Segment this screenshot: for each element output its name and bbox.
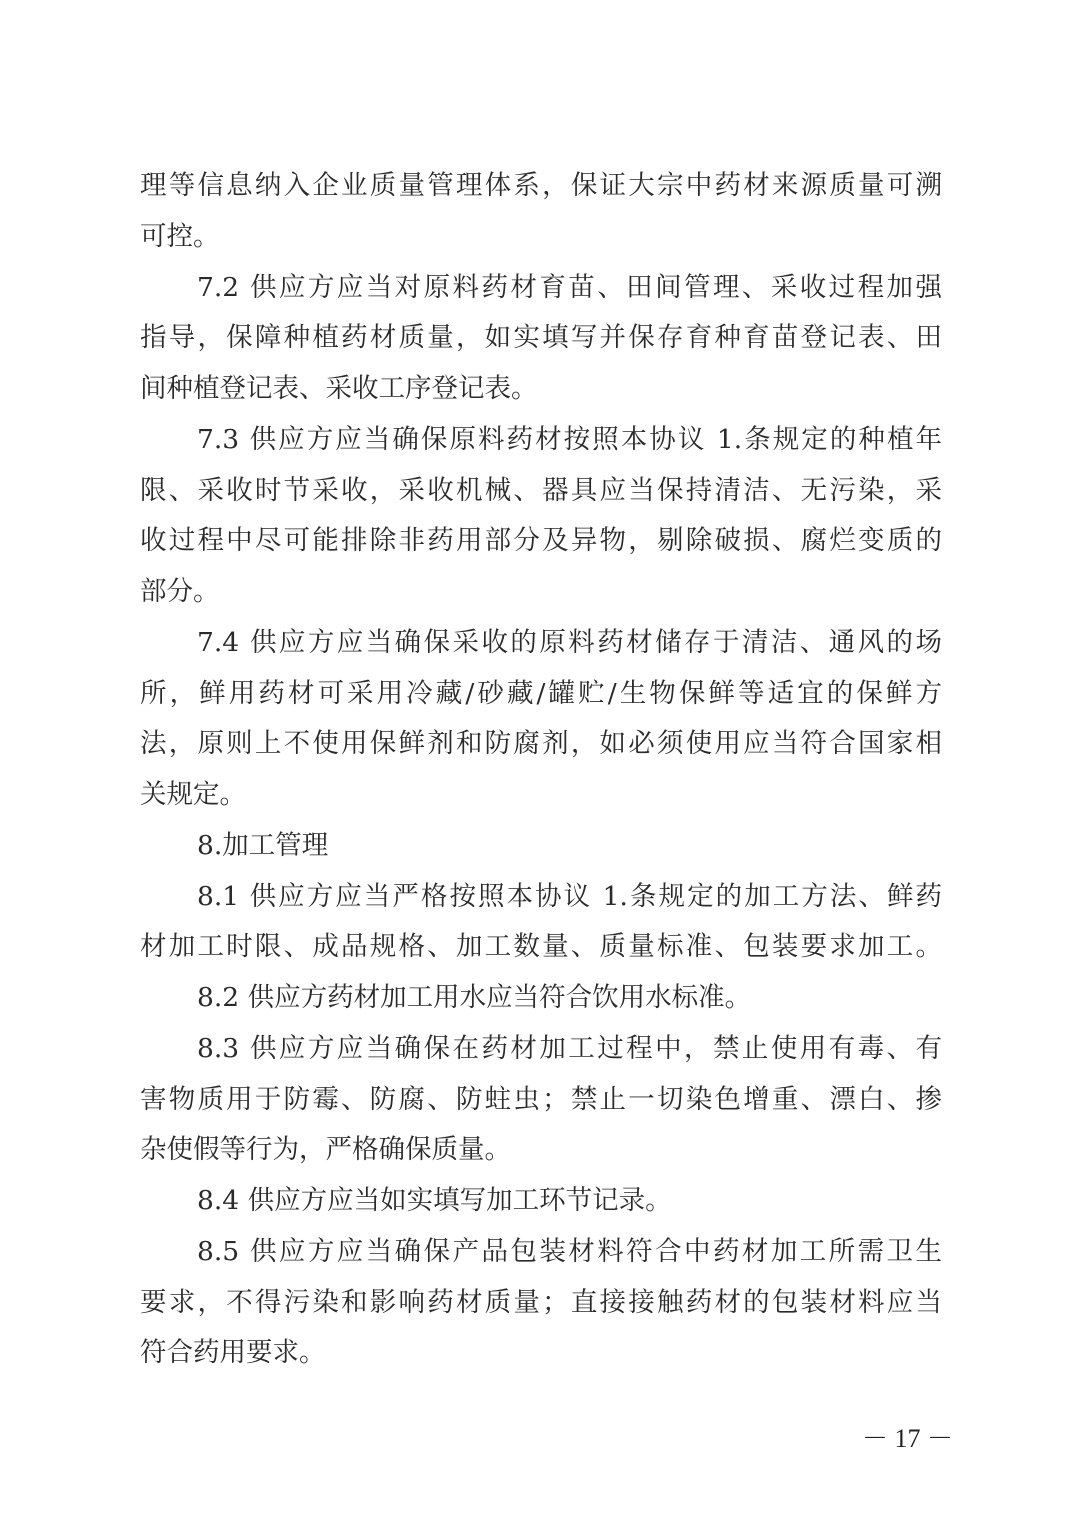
text-line: 理等信息纳入企业质量管理体系，保证大宗中药材来源质量可溯 (140, 163, 942, 214)
text-line: 指导，保障种植药材质量，如实填写并保存育种育苗登记表、田 (140, 315, 942, 366)
text-line: 符合药用要求。 (140, 1330, 942, 1381)
text-line: 关规定。 (140, 772, 942, 823)
text-line: 可控。 (140, 214, 942, 265)
text-line: 限、采收时节采收，采收机械、器具应当保持清洁、无污染，采 (140, 468, 942, 519)
paragraph-7-3-first-line: 7.3 供应方应当确保原料药材按照本协议 1.条规定的种植年 (140, 417, 942, 468)
paragraph-8-2: 8.2 供应方药材加工用水应当符合饮用水标准。 (140, 975, 942, 1026)
text-line: 部分。 (140, 569, 942, 620)
section-heading-8: 8.加工管理 (140, 823, 942, 874)
paragraph-8-4: 8.4 供应方应当如实填写加工环节记录。 (140, 1178, 942, 1229)
text-line: 收过程中尽可能排除非药用部分及异物，剔除破损、腐烂变质的 (140, 518, 942, 569)
text-line: 害物质用于防霉、防腐、防蛀虫；禁止一切染色增重、漂白、掺 (140, 1077, 942, 1128)
paragraph-8-1-first-line: 8.1 供应方应当严格按照本协议 1.条规定的加工方法、鲜药 (140, 874, 942, 925)
text-line: 材加工时限、成品规格、加工数量、质量标准、包装要求加工。 (140, 924, 942, 975)
document-body: 理等信息纳入企业质量管理体系，保证大宗中药材来源质量可溯 可控。 7.2 供应方… (140, 163, 942, 1381)
text-line: 要求，不得污染和影响药材质量；直接接触药材的包装材料应当 (140, 1280, 942, 1331)
paragraph-7-2-first-line: 7.2 供应方应当对原料药材育苗、田间管理、采收过程加强 (140, 265, 942, 316)
document-page: 理等信息纳入企业质量管理体系，保证大宗中药材来源质量可溯 可控。 7.2 供应方… (0, 0, 1080, 1528)
text-line: 法，原则上不使用保鲜剂和防腐剂，如必须使用应当符合国家相 (140, 721, 942, 772)
text-line: 间种植登记表、采收工序登记表。 (140, 366, 942, 417)
paragraph-8-5-first-line: 8.5 供应方应当确保产品包装材料符合中药材加工所需卫生 (140, 1229, 942, 1280)
paragraph-7-4-first-line: 7.4 供应方应当确保采收的原料药材储存于清洁、通风的场 (140, 620, 942, 671)
text-line: 所，鲜用药材可采用冷藏/砂藏/罐贮/生物保鲜等适宜的保鲜方 (140, 671, 942, 722)
paragraph-8-3-first-line: 8.3 供应方应当确保在药材加工过程中，禁止使用有毒、有 (140, 1026, 942, 1077)
text-line: 杂使假等行为，严格确保质量。 (140, 1127, 942, 1178)
page-number: － 17 － (862, 1418, 942, 1455)
